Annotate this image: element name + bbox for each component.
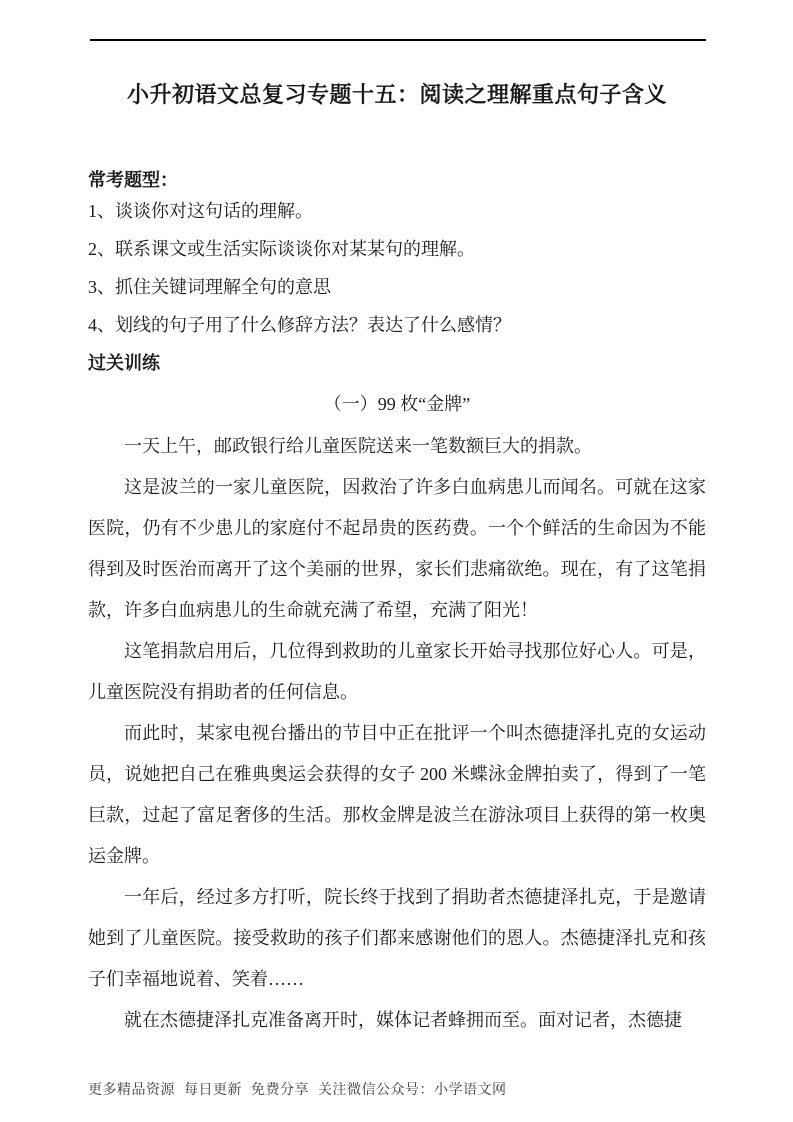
passage-paragraph: 就在杰德捷泽扎克准备离开时，媒体记者蜂拥而至。面对记者，杰德捷 xyxy=(88,1000,706,1041)
passage-paragraph: 这笔捐款启用后，几位得到救助的儿童家长开始寻找那位好心人。可是，儿童医院没有捐助… xyxy=(88,631,706,713)
question-type-item: 1、谈谈你对这句话的理解。 xyxy=(88,192,706,230)
document-title: 小升初语文总复习专题十五：阅读之理解重点句子含义 xyxy=(88,80,706,110)
passage-title: （一）99 枚“金牌” xyxy=(88,382,706,426)
document-page: 小升初语文总复习专题十五：阅读之理解重点句子含义 常考题型： 1、谈谈你对这句话… xyxy=(0,0,793,1122)
passage-body: 一天上午，邮政银行给儿童医院送来一笔数额巨大的捐款。 这是波兰的一家儿童医院，因… xyxy=(88,426,706,1041)
question-type-item: 4、划线的句子用了什么修辞方法？表达了什么感情？ xyxy=(88,306,706,344)
passage-paragraph: 一年后，经过多方打听，院长终于找到了捐助者杰德捷泽扎克，于是邀请她到了儿童医院。… xyxy=(88,877,706,1000)
question-type-item: 3、抓住关键词理解全句的意思 xyxy=(88,268,706,306)
passage-paragraph: 而此时，某家电视台播出的节目中正在批评一个叫杰德捷泽扎克的女运动员，说她把自己在… xyxy=(88,713,706,877)
question-types-heading: 常考题型： xyxy=(88,168,706,192)
page-content: 小升初语文总复习专题十五：阅读之理解重点句子含义 常考题型： 1、谈谈你对这句话… xyxy=(88,0,706,1041)
footer-note: 更多精品资源 每日更新 免费分享 关注微信公众号：小学语文网 xyxy=(88,1079,507,1099)
question-types-list: 1、谈谈你对这句话的理解。 2、联系课文或生活实际谈谈你对某某句的理解。 3、抓… xyxy=(88,192,706,344)
passage-paragraph: 这是波兰的一家儿童医院，因救治了许多白血病患儿而闻名。可就在这家医院，仍有不少患… xyxy=(88,467,706,631)
question-type-item: 2、联系课文或生活实际谈谈你对某某句的理解。 xyxy=(88,230,706,268)
practice-heading: 过关训练 xyxy=(88,344,706,382)
passage-paragraph: 一天上午，邮政银行给儿童医院送来一笔数额巨大的捐款。 xyxy=(88,426,706,467)
